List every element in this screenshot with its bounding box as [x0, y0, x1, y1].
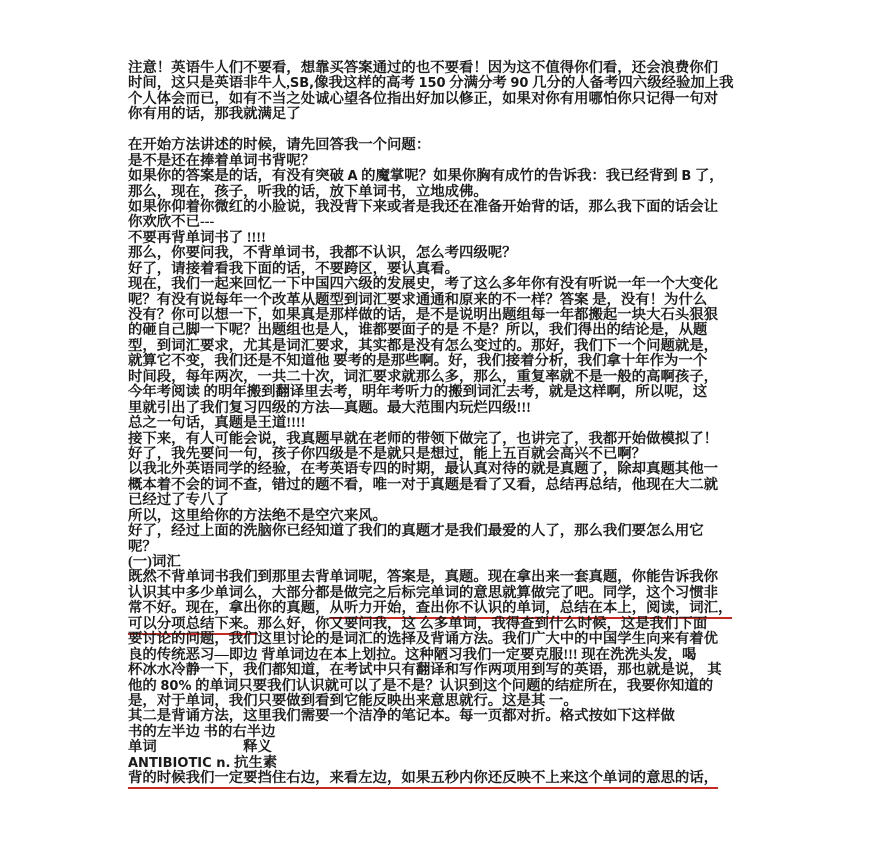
- document-line: 那么，现在，孩子，听我的话，放下单词书，立地成佛。: [128, 185, 768, 200]
- text-run: 今年考阅读 的明年搬到翻译里去考，明年考听力的搬到词汇去考，就是这样啊，所以呢，…: [128, 384, 707, 400]
- text-run: 现在，我们一起来回忆一下中国四六级的发展史，考了这么多年你有没有听说一年一个大变…: [128, 276, 718, 292]
- section-heading: (一)词汇: [128, 554, 181, 570]
- document-line: 以我北外英语同学的经验，在考英语专四的时期，最认真对待的就是真题了，除却真题其他…: [128, 462, 768, 477]
- document-line: 概本着不会的词不查，错过的题不看，唯一对于真题是看了又看，总结再总结，他现在大二…: [128, 478, 768, 493]
- text-run: 你欢欣不已---: [128, 214, 214, 230]
- document-line: 型，到词汇要求，尤其是词汇要求，其实都是没有怎么变过的。那好，我们下一个问题就是…: [128, 339, 768, 354]
- text-run: 已经过了专八了: [128, 492, 229, 508]
- document-line: 是不是还在捧着单词书背呢？: [128, 154, 768, 169]
- document-line: 在开始方法讲述的时候，请先回答我一个问题：: [128, 138, 768, 153]
- text-run: 书的左半边 书的右半边: [128, 724, 276, 740]
- document-line: 常不好。现在，拿出你的真题，从听力开始，查出你不认识的单词，总结在本上，阅读，词…: [128, 601, 768, 616]
- document-line: 个人体会而已，如有不当之处诚心望各位指出好加以修正，如果对你有用哪怕你只记得一句…: [128, 92, 768, 107]
- document-line: 可以分项总结下来。那么好，你又要问我，这 么多单词，我得查到什么时候，这是我们下…: [128, 617, 768, 632]
- text-run: 个人体会而已，如有不当之处诚心望各位指出好加以修正，如果对你有用哪怕你只记得一句…: [128, 91, 718, 107]
- text-run: 概本着不会的词不查，错过的题不看，唯一对于真题是看了又看，总结再总结，他现在大二…: [128, 477, 718, 493]
- text-run: 没有？你可以想一下，如果真是那样做的话，是不是说明出题组每一年都搬起一块大石头狠…: [128, 307, 718, 323]
- text-run: 杯冰水冷静一下，我们都知道，在考试中只有翻译和写作两项用到写的英语，那也就是说，…: [128, 662, 722, 678]
- text-run: 以我北外英语同学的经验，在考英语专四的时期，最认真对待的就是真题了，除却真题其他…: [128, 461, 718, 477]
- text-run: 好了，请接着看我下面的话，不要跨区，要认真看。: [128, 261, 459, 277]
- document-body: 注意！英语牛人们不要看，想靠买答案通过的也不要看！因为这不值得你们看，还会浪费你…: [128, 61, 768, 787]
- text-run: 他的: [128, 678, 160, 694]
- document-line: 你有用的话，那我就满足了: [128, 107, 768, 122]
- text-run: 型，到词汇要求，尤其是词汇要求，其实都是没有怎么变过的。那好，我们下一个问题就是…: [128, 338, 718, 354]
- text-run: 那么好，你又要问我，这 么多单词，我得查到什么时候，这是我们下面: [258, 616, 708, 632]
- blank-line: [128, 123, 768, 138]
- document-line: 现在，我们一起来回忆一下中国四六级的发展史，考了这么多年你有没有听说一年一个大变…: [128, 277, 768, 292]
- bold-token: ANTIBIOTIC n.: [128, 756, 230, 771]
- document-line: 时间，这只是英语非牛人,SB,像我这样的高考 150 分满分考 90 几分的人备…: [128, 76, 768, 91]
- document-line: 你欢欣不已---: [128, 215, 768, 230]
- document-line: 那么，你要问我，不背单词书，我都不认识，怎么考四级呢？: [128, 246, 768, 261]
- text-run: 那么，现在，孩子，听我的话，放下单词书，立地成佛。: [128, 184, 488, 200]
- text-run: 在开始方法讲述的时候，请先回答我一个问题：: [128, 137, 430, 153]
- document-line: 良的传统恶习—即边 背单词边在本上划拉。这种陋习我们一定要克服!!! 现在洗洗头…: [128, 648, 768, 663]
- document-line: 既然不背单词书我们到那里去背单词呢，答案是，真题。现在拿出来一套真题，你能告诉我…: [128, 570, 768, 585]
- text-run: 抗生素: [230, 755, 277, 771]
- text-run: 你有用的话，那我就满足了: [128, 106, 301, 122]
- text-run: 如果你的答案是的话，有没有突破: [128, 168, 347, 184]
- text-run: 是不是还在捧着单词书背呢？: [128, 153, 315, 169]
- text-run: 常不好。现在，拿出你的真题，: [128, 600, 329, 616]
- document-line: 今年考阅读 的明年搬到翻译里去考，明年考听力的搬到词汇去考，就是这样啊，所以呢，…: [128, 385, 768, 400]
- text-run: 时间段，每年两次，一共二十次，词汇要求就那么多，那么，重复率就不是一般的高啊孩子…: [128, 369, 718, 385]
- text-run: 良的传统恶习—即边 背单词边在本上划拉。这种陋习我们一定要克服!!! 现在洗洗头…: [128, 647, 696, 663]
- document-line: 好了，请接着看我下面的话，不要跨区，要认真看。: [128, 262, 768, 277]
- text-run: 总之一句话，真题是王道!!!!: [128, 415, 305, 431]
- document-line: 时间段，每年两次，一共二十次，词汇要求就那么多，那么，重复率就不是一般的高啊孩子…: [128, 370, 768, 385]
- document-line: 书的左半边 书的右半边: [128, 725, 768, 740]
- text-run: 所以，这里给你的方法绝不是空穴来风。: [128, 508, 387, 524]
- text-run: 里就引出了我们复习四级的方法—真题。最大范围内玩烂四级!!!: [128, 400, 531, 416]
- document-page: 注意！英语牛人们不要看，想靠买答案通过的也不要看！因为这不值得你们看，还会浪费你…: [0, 0, 870, 842]
- document-line: 所以，这里给你的方法绝不是空穴来风。: [128, 509, 768, 524]
- text-run: 不要再背单词书了 !!!!: [128, 230, 266, 246]
- document-line: 杯冰水冷静一下，我们都知道，在考试中只有翻译和写作两项用到写的英语，那也就是说，…: [128, 663, 768, 678]
- text-run: 那么，你要问我，不背单词书，我都不认识，怎么考四级呢？: [128, 245, 517, 261]
- document-line: 呢？: [128, 540, 768, 555]
- document-line: 已经过了专八了: [128, 493, 768, 508]
- text-run: 单词 释义: [128, 739, 272, 755]
- text-run: 的魔掌呢？如果你胸有成竹的告诉我：我已经背到: [358, 168, 682, 184]
- text-run: 要讨论的问题，我们这里讨论的是词汇的选择及背诵方法。我们广大中的中国学生向来有着…: [128, 631, 718, 647]
- document-line: 其二是背诵方法，这里我们需要一个洁净的笔记本。每一页都对折。格式按如下这样做: [128, 709, 768, 724]
- text-run: 注意！英语牛人们不要看，想靠买答案通过的也不要看！因为这不值得你们看，还会浪费你…: [128, 60, 718, 76]
- document-line: 他的 80% 的单词只要我们认识就可以了是不是？认识到这个问题的结症所在，我要你…: [128, 679, 768, 694]
- document-line: 里就引出了我们复习四级的方法—真题。最大范围内玩烂四级!!!: [128, 401, 768, 416]
- text-run: 就算它不变，我们还是不知道他 要考的是那些啊。好，我们接着分析，我们拿十年作为一…: [128, 353, 707, 369]
- text-run: 的单词只要我们认识就可以了是不是？认识到这个问题的结症所在，我要你知道的: [192, 678, 714, 694]
- bold-token: SB,: [290, 76, 314, 91]
- text-run: 分满分考: [446, 75, 511, 91]
- text-run: 如果你仰着你微红的小脸说，我没背下来或者是我还在准备开始背的话，那么我下面的话会…: [128, 199, 718, 215]
- red-underlined-text: 背的时候我们一定要挡住右边，来看左边，如果五秒内你还反映不上来这个单词的意思的话…: [128, 770, 718, 789]
- document-line: 如果你的答案是的话，有没有突破 A 的魔掌呢？如果你胸有成竹的告诉我：我已经背到…: [128, 169, 768, 184]
- document-line: 不要再背单词书了 !!!!: [128, 231, 768, 246]
- text-run: 的砸自己脚一下呢？出题组也是人，谁都要面子的是 不是？所以，我们得出的结论是，从…: [128, 322, 707, 338]
- text-run: 了，: [691, 168, 723, 184]
- document-line: 的砸自己脚一下呢？出题组也是人，谁都要面子的是 不是？所以，我们得出的结论是，从…: [128, 323, 768, 338]
- bold-token: B: [681, 169, 691, 184]
- text-run: 像我这样的高考: [314, 75, 418, 91]
- text-run: 呢？: [128, 539, 157, 555]
- bold-token: A: [347, 169, 357, 184]
- text-run: 接下来，有人可能会说，我真题早就在老师的带领下做完了，也讲完了，我都开始做模拟了…: [128, 431, 718, 447]
- bold-token: 90: [510, 76, 528, 91]
- text-run: 既然不背单词书我们到那里去背单词呢，答案是，真题。现在拿出来一套真题，你能告诉我…: [128, 569, 718, 585]
- text-run: 好了，我先要问一句，孩子你四级是不是就只是想过，能上五百就会高兴不已啊？: [128, 446, 646, 462]
- text-run: 几分的人备考四六级经验加上我: [528, 75, 733, 91]
- bold-token: 80%: [160, 679, 191, 694]
- document-line: ANTIBIOTIC n. 抗生素: [128, 756, 768, 771]
- text-run: 时间，这只是英语非牛人,: [128, 75, 290, 91]
- bold-token: 150: [418, 76, 445, 91]
- document-line: 呢？有没有说每年一个改革从题型到词汇要求通通和原来的不一样？答案 是，没有！为什…: [128, 293, 768, 308]
- document-line: 好了，经过上面的洗脑你已经知道了我们的真题才是我们最爱的人了，那么我们要怎么用它: [128, 524, 768, 539]
- text-run: 好了，经过上面的洗脑你已经知道了我们的真题才是我们最爱的人了，那么我们要怎么用它: [128, 523, 704, 539]
- text-run: 是，对于单词，我们只要做到看到它能反映出来意思就行。这是其 一。: [128, 693, 578, 709]
- document-line: 认识其中多少单词么，大部分都是做完之后标完单词的意思就算做完了吧。同学，这个习惯…: [128, 586, 768, 601]
- document-line: 要讨论的问题，我们这里讨论的是词汇的选择及背诵方法。我们广大中的中国学生向来有着…: [128, 632, 768, 647]
- document-line: 单词 释义: [128, 740, 768, 755]
- document-line: 如果你仰着你微红的小脸说，我没背下来或者是我还在准备开始背的话，那么我下面的话会…: [128, 200, 768, 215]
- document-line: 就算它不变，我们还是不知道他 要考的是那些啊。好，我们接着分析，我们拿十年作为一…: [128, 354, 768, 369]
- text-run: 认识其中多少单词么，大部分都是做完之后标完单词的意思就算做完了吧。同学，这个习惯…: [128, 585, 718, 601]
- document-line: 接下来，有人可能会说，我真题早就在老师的带领下做完了，也讲完了，我都开始做模拟了…: [128, 432, 768, 447]
- document-line: 总之一句话，真题是王道!!!!: [128, 416, 768, 431]
- text-run: 其二是背诵方法，这里我们需要一个洁净的笔记本。每一页都对折。格式按如下这样做: [128, 708, 675, 724]
- document-line: 背的时候我们一定要挡住右边，来看左边，如果五秒内你还反映不上来这个单词的意思的话…: [128, 771, 768, 786]
- text-run: 呢？有没有说每年一个改革从题型到词汇要求通通和原来的不一样？答案 是，没有！为什…: [128, 292, 707, 308]
